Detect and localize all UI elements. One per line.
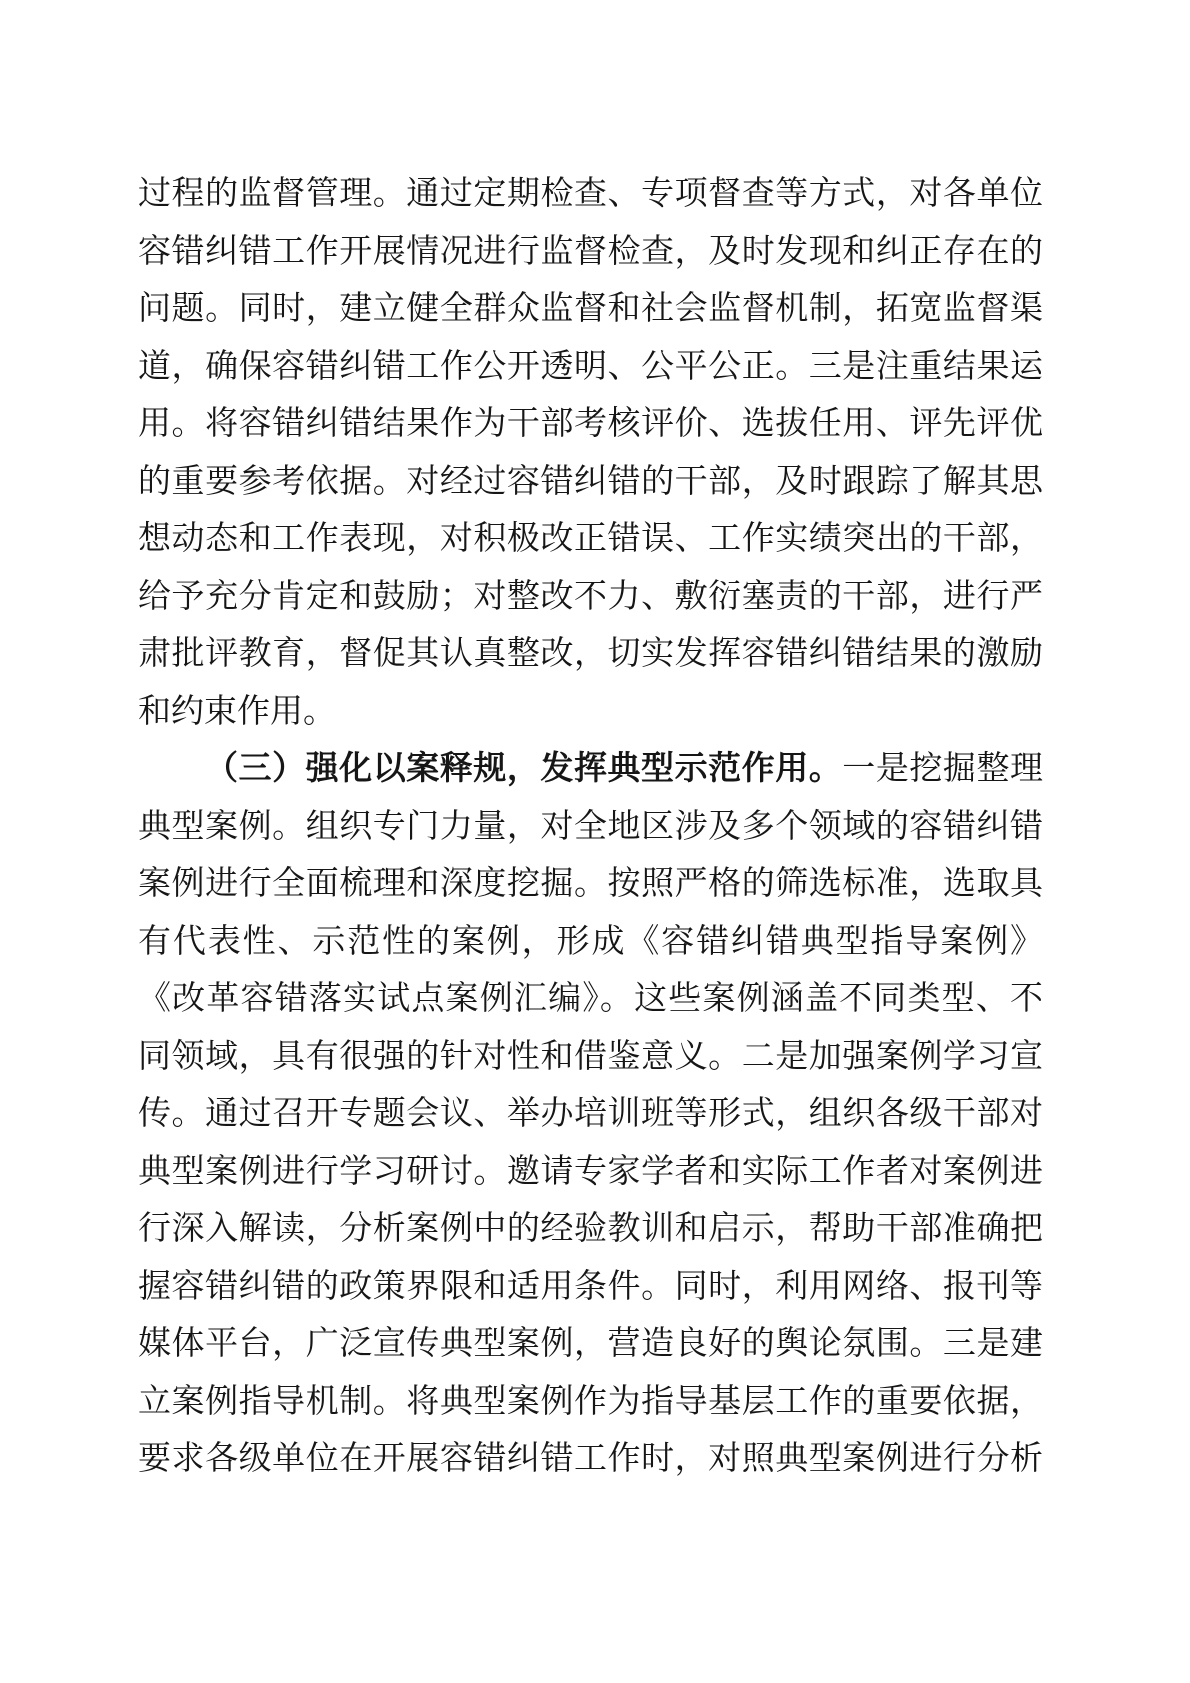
text-line: 传。通过召开专题会议、举办培训班等形式，组织各级干部对 [138,1086,1043,1144]
text-segment: 的重要参考依据。对经过容错纠错的干部，及时跟踪了解其思 [138,464,1043,500]
text-segment: 容错纠错工作开展情况进行监督检查，及时发现和纠正存在的 [138,234,1043,270]
text-segment: 握容错纠错的政策界限和适用条件。同时，利用网络、报刊等 [138,1269,1043,1305]
text-line: 典型案例进行学习研讨。邀请专家学者和实际工作者对案例进 [138,1144,1043,1202]
text-segment: 媒体平台，广泛宣传典型案例，营造良好的舆论氛围。三是建 [138,1326,1043,1362]
text-segment: 行深入解读，分析案例中的经验教训和启示，帮助干部准确把 [138,1211,1043,1247]
text-segment: 要求各级单位在开展容错纠错工作时，对照典型案例进行分析 [138,1441,1043,1477]
text-segment: 过程的监督管理。通过定期检查、专项督查等方式，对各单位 [138,176,1043,212]
text-segment: 和约束作用。 [138,694,336,730]
text-segment: 传。通过召开专题会议、举办培训班等形式，组织各级干部对 [138,1096,1043,1132]
text-line: 用。将容错纠错结果作为干部考核评价、选拔任用、评先评优 [138,396,1043,454]
text-line-section-heading: （三）强化以案释规，发挥典型示范作用。一是挖掘整理 [138,741,1043,799]
text-line: 问题。同时，建立健全群众监督和社会监督机制，拓宽监督渠 [138,281,1043,339]
text-line: 典型案例。组织专门力量，对全地区涉及多个领域的容错纠错 [138,799,1043,857]
text-line: 要求各级单位在开展容错纠错工作时，对照典型案例进行分析 [138,1431,1043,1489]
text-line: 《改革容错落实试点案例汇编》。这些案例涵盖不同类型、不 [138,971,1043,1029]
text-line: 给予充分肯定和鼓励；对整改不力、敷衍塞责的干部，进行严 [138,569,1043,627]
text-segment: 给予充分肯定和鼓励；对整改不力、敷衍塞责的干部，进行严 [138,579,1043,615]
text-line: 案例进行全面梳理和深度挖掘。按照严格的筛选标准，选取具 [138,856,1043,914]
text-segment: 一是挖掘整理 [842,751,1043,787]
text-segment: 同领域，具有很强的针对性和借鉴意义。二是加强案例学习宣 [138,1039,1043,1075]
text-segment: 《改革容错落实试点案例汇编》。这些案例涵盖不同类型、不 [138,981,1043,1017]
text-line: 想动态和工作表现，对积极改正错误、工作实绩突出的干部， [138,511,1043,569]
text-segment: 想动态和工作表现，对积极改正错误、工作实绩突出的干部， [138,521,1043,557]
text-line: 媒体平台，广泛宣传典型案例，营造良好的舆论氛围。三是建 [138,1316,1043,1374]
text-segment: 有代表性、示范性的案例，形成《容错纠错典型指导案例》 [138,924,1043,960]
text-segment: 案例进行全面梳理和深度挖掘。按照严格的筛选标准，选取具 [138,866,1043,902]
document-body: 过程的监督管理。通过定期检查、专项督查等方式，对各单位 容错纠错工作开展情况进行… [138,166,1043,1489]
section-heading-bold-segment: （三）强化以案释规，发挥典型示范作用。 [205,751,842,787]
text-segment: 用。将容错纠错结果作为干部考核评价、选拔任用、评先评优 [138,406,1043,442]
text-line: 的重要参考依据。对经过容错纠错的干部，及时跟踪了解其思 [138,454,1043,512]
text-line: 有代表性、示范性的案例，形成《容错纠错典型指导案例》 [138,914,1043,972]
text-line: 同领域，具有很强的针对性和借鉴意义。二是加强案例学习宣 [138,1029,1043,1087]
text-line: 握容错纠错的政策界限和适用条件。同时，利用网络、报刊等 [138,1259,1043,1317]
text-segment: 立案例指导机制。将典型案例作为指导基层工作的重要依据， [138,1384,1043,1420]
text-line: 过程的监督管理。通过定期检查、专项督查等方式，对各单位 [138,166,1043,224]
text-line: 行深入解读，分析案例中的经验教训和启示，帮助干部准确把 [138,1201,1043,1259]
text-line: 容错纠错工作开展情况进行监督检查，及时发现和纠正存在的 [138,224,1043,282]
document-page: 过程的监督管理。通过定期检查、专项督查等方式，对各单位 容错纠错工作开展情况进行… [0,0,1190,1683]
text-segment: 道，确保容错纠错工作公开透明、公平公正。三是注重结果运 [138,349,1043,385]
text-segment: 典型案例进行学习研讨。邀请专家学者和实际工作者对案例进 [138,1154,1043,1190]
text-segment: 肃批评教育，督促其认真整改，切实发挥容错纠错结果的激励 [138,636,1043,672]
text-line-paragraph-end: 和约束作用。 [138,684,1043,742]
text-segment: 问题。同时，建立健全群众监督和社会监督机制，拓宽监督渠 [138,291,1043,327]
text-line: 道，确保容错纠错工作公开透明、公平公正。三是注重结果运 [138,339,1043,397]
text-segment: 典型案例。组织专门力量，对全地区涉及多个领域的容错纠错 [138,809,1043,845]
text-line: 肃批评教育，督促其认真整改，切实发挥容错纠错结果的激励 [138,626,1043,684]
text-line: 立案例指导机制。将典型案例作为指导基层工作的重要依据， [138,1374,1043,1432]
